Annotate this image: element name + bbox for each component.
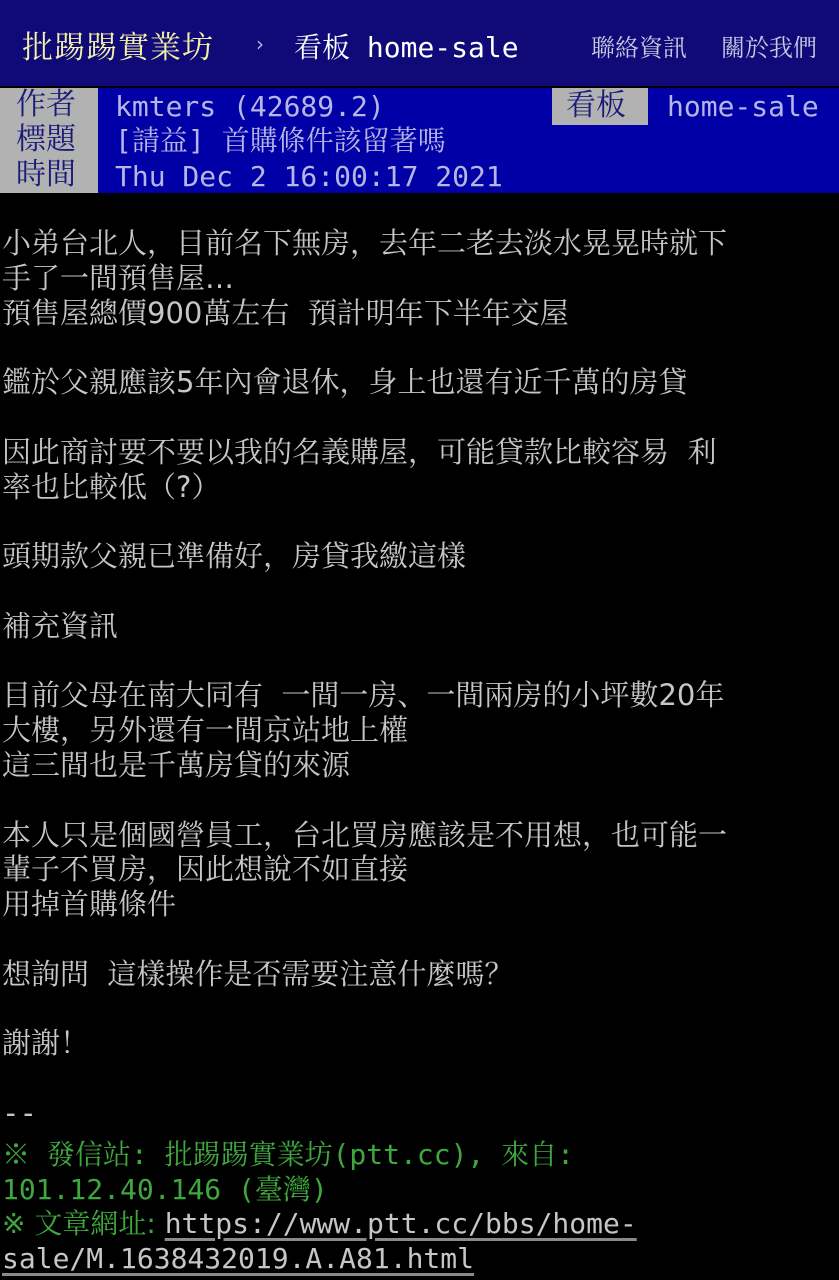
body-line: 用掉首購條件 [2, 887, 838, 922]
body-line: 手了一間預售屋… [2, 261, 838, 296]
origin-station-line: ※ 發信站: 批踢踢實業坊(ptt.cc), 來自: [2, 1138, 838, 1173]
origin-ip-line: 101.12.40.146 (臺灣) [2, 1173, 838, 1208]
breadcrumb-board-name: home-sale [367, 31, 519, 64]
body-line: 補充資訊 [2, 609, 838, 644]
body-line: 想詢問 這樣操作是否需要注意什麼嗎？ [2, 957, 838, 992]
body-line: 謝謝！ [2, 1026, 838, 1061]
top-nav-bar: 批踢踢實業坊 › 看板 home-sale 聯絡資訊 關於我們 [0, 0, 839, 86]
article-url-line-cont: sale/M.1638432019.A.A81.html [2, 1242, 838, 1277]
body-line: 這三間也是千萬房貸的來源 [2, 748, 838, 783]
time-value: Thu Dec 2 16:00:17 2021 [115, 160, 503, 194]
body-line [2, 922, 838, 957]
body-line [2, 644, 838, 679]
title-label: 標題 [16, 123, 76, 157]
body-line: 小弟台北人，目前名下無房，去年二老去淡水晃晃時就下 [2, 226, 838, 261]
contact-info-link[interactable]: 聯絡資訊 [591, 28, 687, 63]
body-line: 率也比較低（?） [2, 470, 838, 505]
author-label: 作者 [16, 88, 76, 122]
body-line: 目前父母在南大同有 一間一房、一間兩房的小坪數20年 [2, 678, 838, 713]
body-line: 頭期款父親已準備好，房貸我繳這樣 [2, 539, 838, 574]
article-url-link[interactable]: https://www.ptt.cc/bbs/home- [165, 1207, 637, 1240]
body-line: 因此商討要不要以我的名義購屋，可能貸款比較容易 利 [2, 435, 838, 470]
article-url-label: ※ 文章網址: [2, 1207, 165, 1240]
body-line [2, 1061, 838, 1096]
body-line: 大樓，另外還有一間京站地上權 [2, 713, 838, 748]
body-line [2, 783, 838, 818]
article-signature: ※ 發信站: 批踢踢實業坊(ptt.cc), 來自: 101.12.40.146… [2, 1138, 838, 1276]
title-value: [請益] 首購條件該留著嗎 [115, 124, 446, 158]
about-us-link[interactable]: 關於我們 [721, 28, 817, 63]
body-line [2, 992, 838, 1027]
body-line [2, 574, 838, 609]
board-label: 看板 [566, 88, 626, 124]
breadcrumb-chevron-icon: › [256, 32, 264, 56]
signature-separator: -- [2, 1096, 838, 1131]
board-value: home-sale [667, 90, 819, 124]
body-line [2, 330, 838, 365]
body-line: 預售屋總價900萬左右 預計明年下半年交屋 [2, 296, 838, 331]
body-line: 本人只是個國營員工，台北買房應該是不用想，也可能一 [2, 818, 838, 853]
body-line [2, 400, 838, 435]
article-body: 小弟台北人，目前名下無房，去年二老去淡水晃晃時就下 手了一間預售屋… 預售屋總價… [2, 226, 838, 1131]
breadcrumb-board-link[interactable]: 看板 home-sale [294, 26, 519, 66]
site-logo-link[interactable]: 批踢踢實業坊 [22, 22, 214, 67]
article-url-link-cont[interactable]: sale/M.1638432019.A.A81.html [2, 1242, 474, 1275]
body-line: 鑑於父親應該5年內會退休，身上也還有近千萬的房貸 [2, 365, 838, 400]
article-meta-header: 作者 標題 時間 kmters (42689.2) [請益] 首購條件該留著嗎 … [0, 88, 839, 193]
article-url-line: ※ 文章網址: https://www.ptt.cc/bbs/home- [2, 1207, 838, 1242]
body-line: 輩子不買房，因此想說不如直接 [2, 852, 838, 887]
time-label: 時間 [16, 158, 76, 192]
breadcrumb-board-label: 看板 [294, 31, 350, 64]
body-line [2, 504, 838, 539]
author-value: kmters (42689.2) [115, 90, 385, 124]
